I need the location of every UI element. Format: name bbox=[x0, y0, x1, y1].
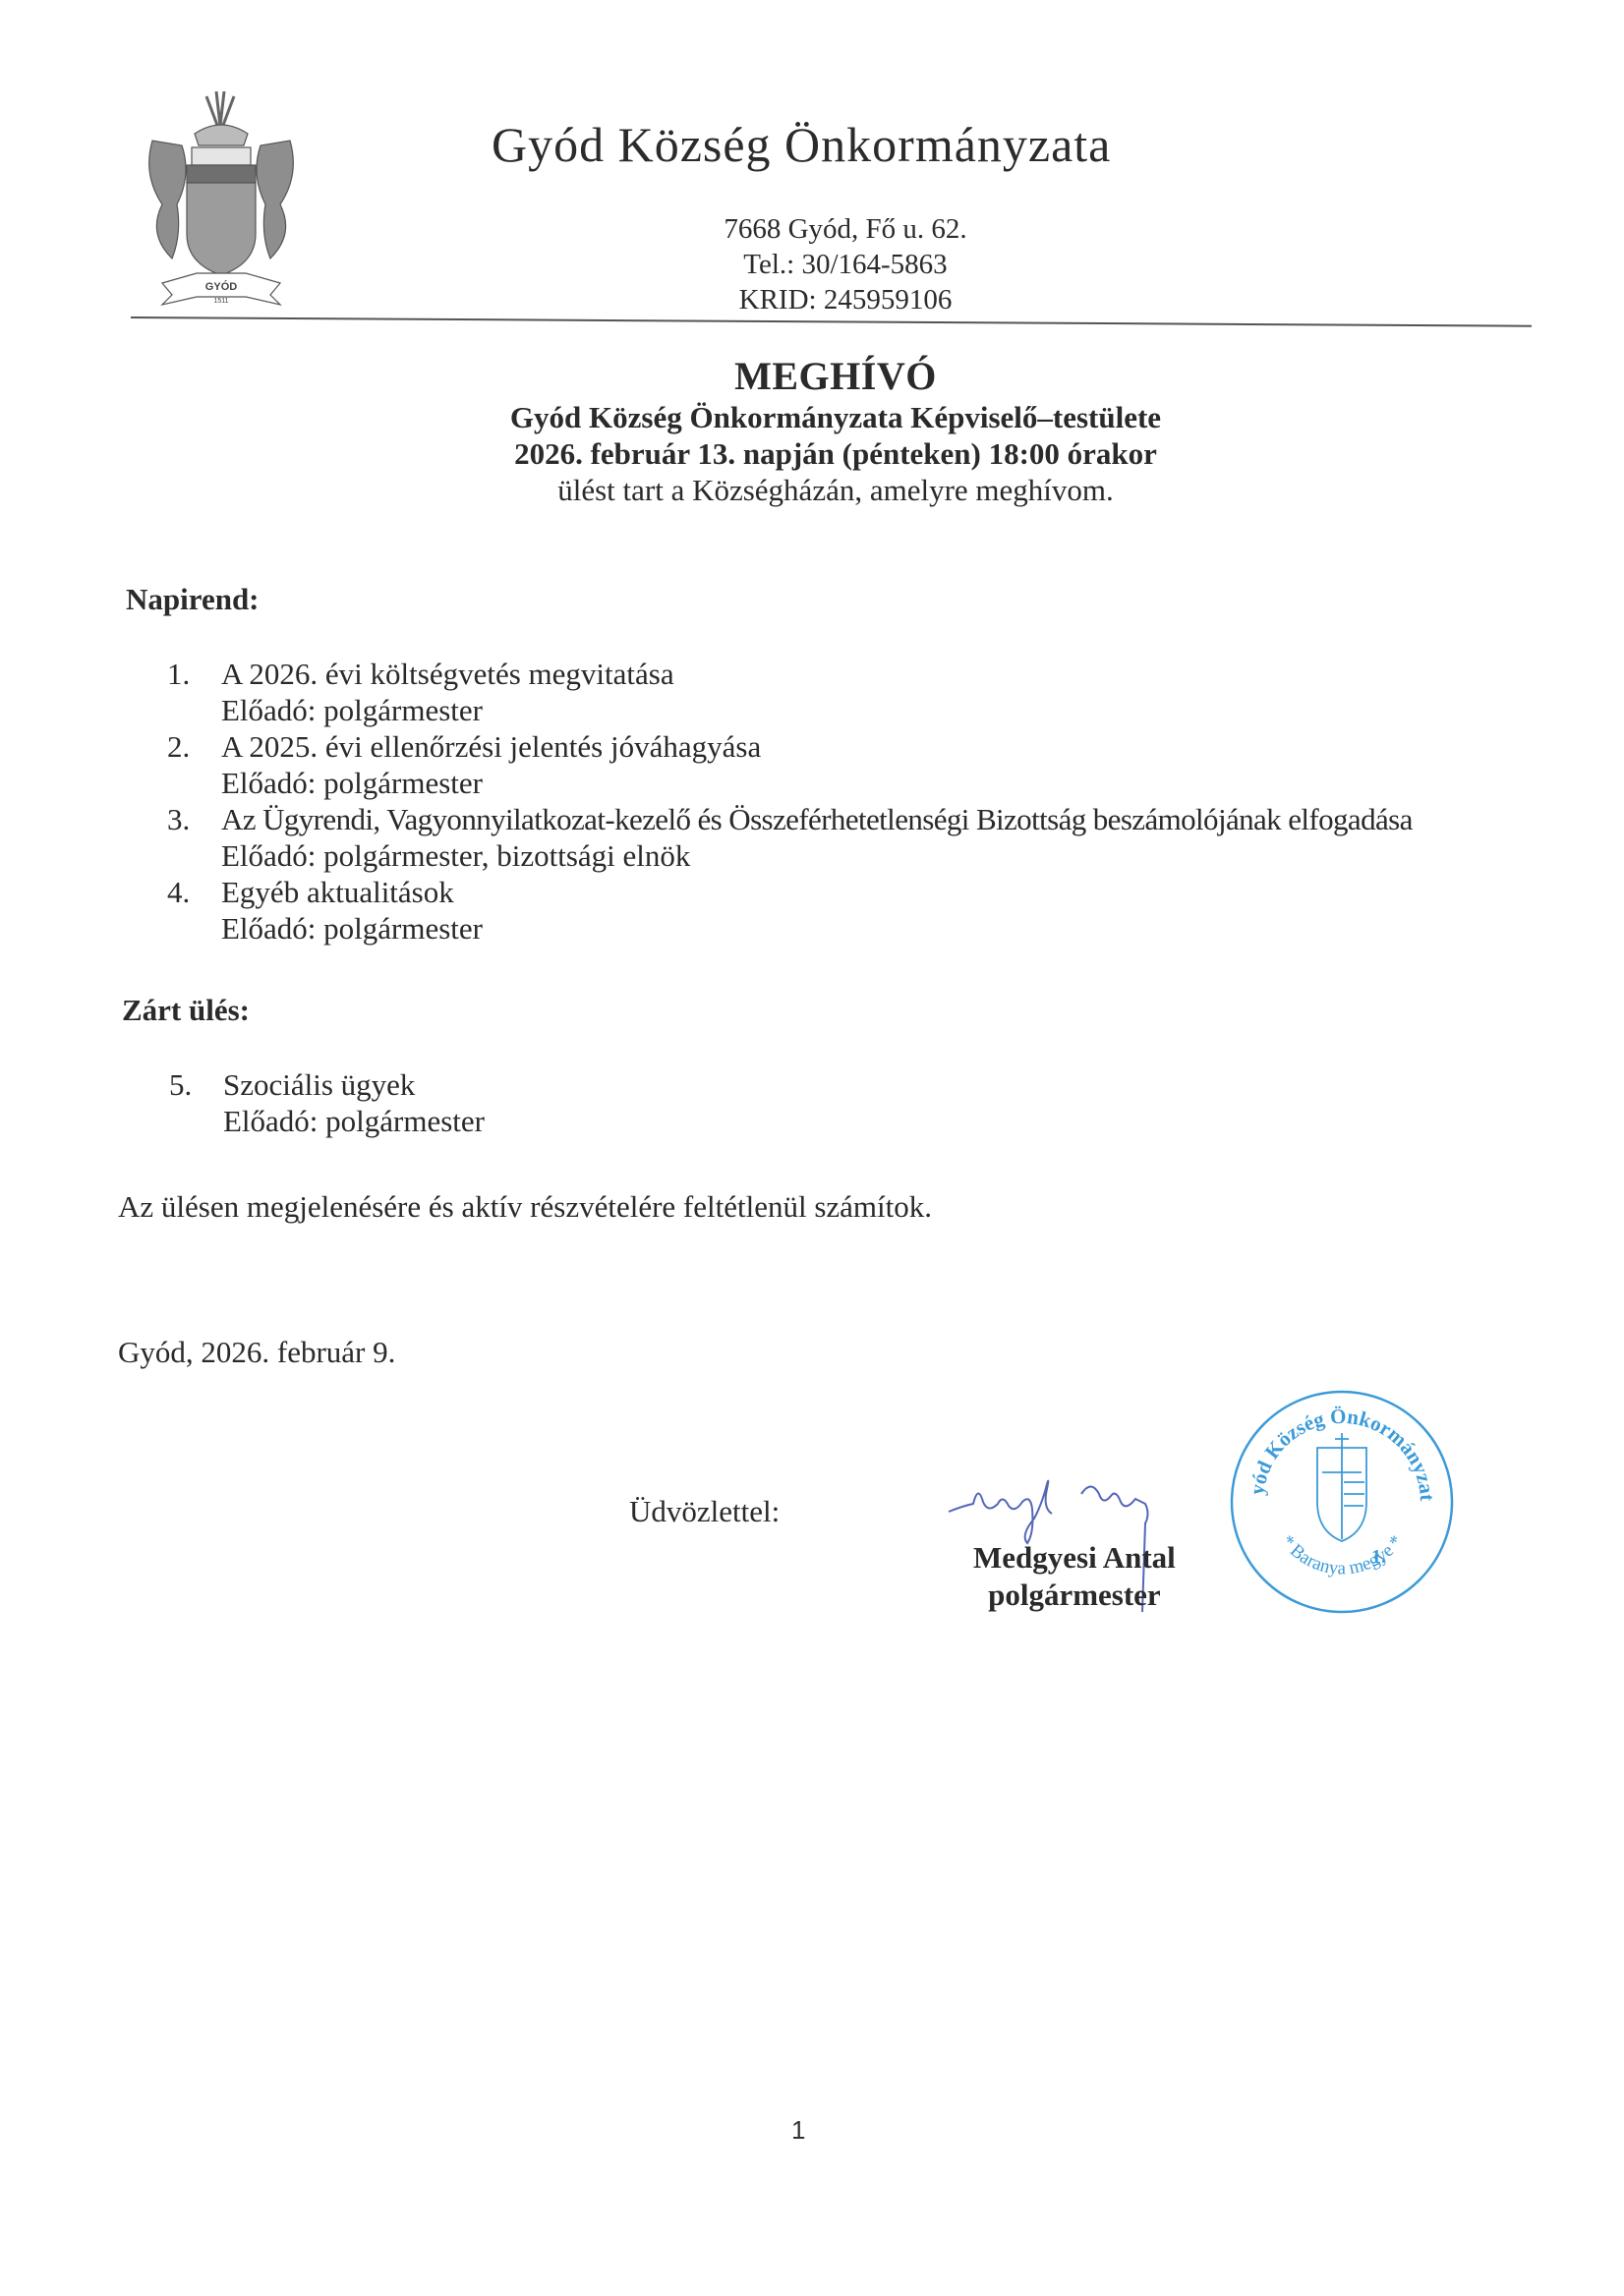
agenda-list: 1. A 2026. évi költségvetés megvitatása … bbox=[167, 656, 1413, 947]
agenda-number: 3. bbox=[167, 801, 221, 874]
place-date: Gyód, 2026. február 9. bbox=[118, 1335, 395, 1370]
agenda-title: Az Ügyrendi, Vagyonnyilatkozat-kezelő és… bbox=[221, 801, 1413, 837]
signer-name: Medgyesi Antal bbox=[973, 1539, 1176, 1577]
closed-session-list: 5. Szociális ügyek Előadó: polgármester bbox=[169, 1066, 485, 1139]
agenda-presenter: Előadó: polgármester bbox=[223, 1103, 485, 1139]
invitation-heading-block: MEGHÍVÓ Gyód Község Önkormányzata Képvis… bbox=[452, 354, 1219, 508]
organization-title: Gyód Község Önkormányzata bbox=[492, 116, 1111, 173]
agenda-label: Napirend: bbox=[126, 582, 260, 617]
greeting: Üdvözlettel: bbox=[629, 1494, 780, 1529]
page-number: 1 bbox=[791, 2115, 805, 2146]
agenda-title: A 2026. évi költségvetés megvitatása bbox=[221, 656, 674, 692]
document-title: MEGHÍVÓ bbox=[452, 354, 1219, 399]
agenda-presenter: Előadó: polgármester, bizottsági elnök bbox=[221, 837, 1413, 874]
krid: KRID: 245959106 bbox=[590, 282, 1101, 317]
agenda-item: 3. Az Ügyrendi, Vagyonnyilatkozat-kezelő… bbox=[167, 801, 1413, 874]
agenda-presenter: Előadó: polgármester bbox=[221, 765, 761, 801]
closing-text: Az ülésen megjelenésére és aktív részvét… bbox=[118, 1189, 932, 1225]
venue-line: ülést tart a Községházán, amelyre meghív… bbox=[452, 472, 1219, 508]
svg-text:1.: 1. bbox=[1371, 1546, 1386, 1568]
phone: Tel.: 30/164-5863 bbox=[590, 247, 1101, 282]
agenda-title: A 2025. évi ellenőrzési jelentés jóváhag… bbox=[221, 728, 761, 765]
agenda-presenter: Előadó: polgármester bbox=[221, 692, 674, 728]
agenda-number: 1. bbox=[167, 656, 221, 728]
agenda-item: 4. Egyéb aktualitások Előadó: polgármest… bbox=[167, 874, 1413, 947]
agenda-presenter: Előadó: polgármester bbox=[221, 910, 483, 947]
agenda-title: Szociális ügyek bbox=[223, 1066, 485, 1103]
agenda-item: 2. A 2025. évi ellenőrzési jelentés jóvá… bbox=[167, 728, 1413, 801]
agenda-number: 5. bbox=[169, 1066, 223, 1139]
meeting-date: 2026. február 13. napján (pénteken) 18:0… bbox=[452, 435, 1219, 472]
signer-role: polgármester bbox=[973, 1577, 1176, 1614]
contact-block: 7668 Gyód, Fő u. 62. Tel.: 30/164-5863 K… bbox=[590, 211, 1101, 317]
signer-block: Medgyesi Antal polgármester bbox=[973, 1539, 1176, 1614]
coat-of-arms-icon: GYÓD 1511 bbox=[138, 86, 305, 313]
agenda-number: 2. bbox=[167, 728, 221, 801]
agenda-item: 1. A 2026. évi költségvetés megvitatása … bbox=[167, 656, 1413, 728]
svg-text:1511: 1511 bbox=[213, 298, 228, 305]
agenda-item: 5. Szociális ügyek Előadó: polgármester bbox=[169, 1066, 485, 1139]
address: 7668 Gyód, Fő u. 62. bbox=[590, 211, 1101, 247]
official-stamp-icon: Gyód Község Önkormányzata * Baranya megy… bbox=[1224, 1384, 1460, 1620]
svg-text:GYÓD: GYÓD bbox=[205, 280, 237, 293]
body-line: Gyód Község Önkormányzata Képviselő–test… bbox=[452, 399, 1219, 435]
agenda-number: 4. bbox=[167, 874, 221, 947]
closed-session-label: Zárt ülés: bbox=[122, 993, 250, 1028]
svg-text:Gyód Község Önkormányzata: Gyód Község Önkormányzata bbox=[1224, 1384, 1439, 1502]
header-divider bbox=[131, 316, 1532, 327]
agenda-title: Egyéb aktualitások bbox=[221, 874, 483, 910]
